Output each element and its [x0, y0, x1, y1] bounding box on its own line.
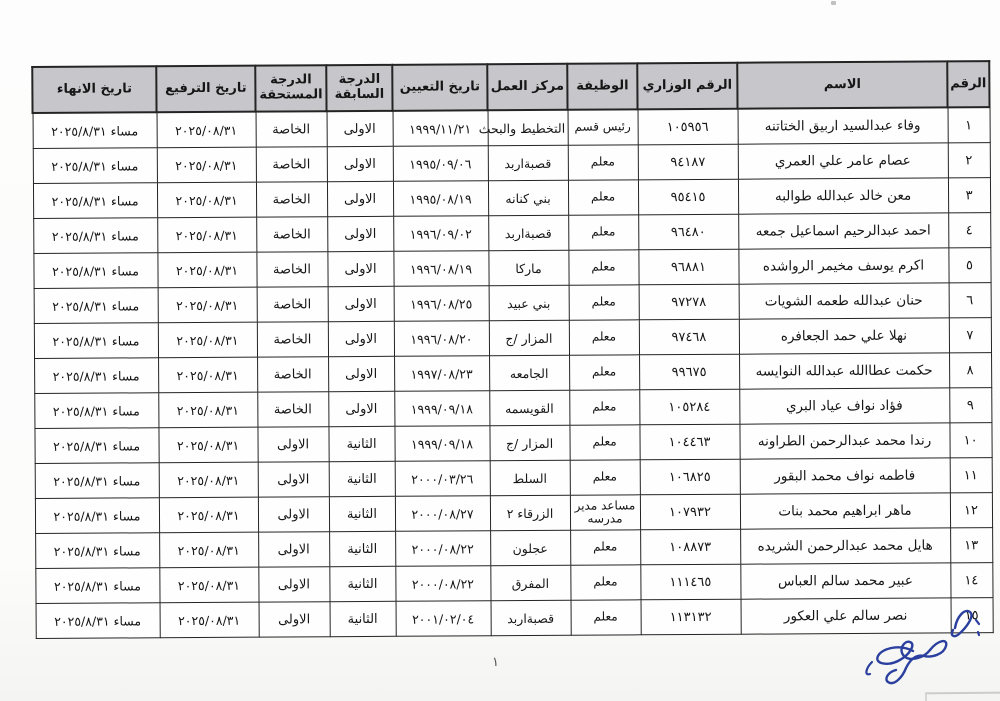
- cell-end_date: مساء ٢٠٢٥/٨/٣١: [33, 183, 157, 219]
- cell-ministry_no: ١٠٥٩٥٦: [638, 109, 738, 145]
- table-row: ٦حنان عبدالله طعمه الشويات٩٧٢٧٨معلمبني ع…: [34, 283, 991, 324]
- cell-prev_grade: الثانية: [329, 531, 395, 566]
- cell-prev_grade: الثانية: [329, 461, 395, 496]
- header-job: الوظيفة: [567, 63, 637, 109]
- cell-name: وفاء عبدالسيد اربيق الختاتنه: [738, 107, 948, 144]
- cell-due_grade: الخاصة: [256, 147, 327, 182]
- cell-num: ٣: [948, 178, 990, 213]
- cell-end_date: مساء ٢٠٢٥/٨/٣١: [34, 358, 158, 394]
- cell-appointment_date: ١٩٩٦/٠٨/٢٠: [394, 321, 489, 357]
- cell-num: ١٤: [950, 563, 992, 598]
- cell-ministry_no: ٩٦٤٨٠: [638, 214, 738, 250]
- cell-due_grade: الخاصة: [257, 322, 328, 357]
- cell-work_center: القويسمه: [489, 390, 569, 425]
- cell-appointment_date: ٢٠٠٠/٠٨/٢٢: [395, 531, 490, 567]
- cell-work_center: بني عبيد: [489, 285, 569, 320]
- cell-appointment_date: ١٩٩٦/٠٩/٠٢: [393, 216, 488, 252]
- cell-promotion_date: ٢٠٢٥/٠٨/٣١: [157, 147, 256, 183]
- cell-job: معلم: [570, 530, 640, 565]
- cell-name: نهلا علي حمد الجعافره: [739, 318, 949, 354]
- header-name: الاسم: [737, 61, 947, 108]
- cell-appointment_date: ٢٠٠٠/٠٨/٢٢: [395, 566, 490, 602]
- scan-artifact: [831, 1, 836, 5]
- table-row: ١٥نصر سالم علي العكور١١٣١٣٢معلمقصبةاربد٢…: [36, 598, 993, 639]
- cell-prev_grade: الاولى: [328, 286, 394, 321]
- cell-appointment_date: ١٩٩٩/١١/٢١: [393, 110, 488, 146]
- table-row: ٧نهلا علي حمد الجعافره٩٧٤٦٨معلمالمزار /ج…: [34, 318, 991, 359]
- table-row: ١وفاء عبدالسيد اربيق الختاتنه١٠٥٩٥٦رئيس …: [33, 107, 990, 148]
- cell-num: ١٣: [950, 528, 992, 563]
- header-work_center: مركز العمل: [487, 64, 567, 110]
- cell-appointment_date: ١٩٩٦/٠٨/١٩: [393, 251, 488, 287]
- cell-name: حكمت عطاالله عبدالله النوايسه: [739, 353, 949, 389]
- cell-end_date: مساء ٢٠٢٥/٨/٣١: [33, 253, 157, 289]
- header-num: الرقم: [947, 61, 989, 107]
- cell-job: معلم: [570, 565, 640, 600]
- cell-promotion_date: ٢٠٢٥/٠٨/٣١: [158, 287, 257, 323]
- cell-ministry_no: ١٠٥٢٨٤: [639, 389, 739, 425]
- cell-job: معلم: [569, 355, 639, 390]
- cell-work_center: بني كنانه: [488, 180, 568, 215]
- cell-due_grade: الخاصة: [256, 217, 327, 252]
- cell-ministry_no: ١١٣١٣٢: [641, 599, 741, 635]
- cell-due_grade: الخاصة: [256, 182, 327, 217]
- cell-promotion_date: ٢٠٢٥/٠٨/٣١: [158, 357, 257, 393]
- cell-name: حنان عبدالله طعمه الشويات: [739, 283, 949, 319]
- cell-promotion_date: ٢٠٢٥/٠٨/٣١: [159, 462, 258, 498]
- cell-work_center: التخطيط والبحث: [488, 110, 568, 146]
- cell-end_date: مساء ٢٠٢٥/٨/٣١: [33, 148, 157, 184]
- cell-work_center: السلط: [490, 460, 570, 495]
- cell-promotion_date: ٢٠٢٥/٠٨/٣١: [159, 532, 258, 568]
- cell-ministry_no: ١١١٤٦٥: [640, 564, 740, 600]
- table-row: ٨حكمت عطاالله عبدالله النوايسه٩٩٦٧٥معلما…: [34, 353, 991, 394]
- scan-artifact-corner: [925, 692, 1000, 701]
- cell-num: ٦: [949, 283, 991, 318]
- header-promotion_date: تاريخ الترفيع: [156, 66, 255, 113]
- cell-num: ٤: [948, 213, 990, 248]
- cell-num: ٩: [949, 388, 991, 423]
- cell-end_date: مساء ٢٠٢٥/٨/٣١: [34, 288, 158, 324]
- promotion-table-container: الرقمالاسمالرقم الوزاريالوظيفةمركز العمل…: [33, 60, 993, 639]
- cell-work_center: ماركا: [488, 250, 568, 285]
- cell-due_grade: الاولى: [258, 567, 329, 602]
- header-end_date: تاريخ الانهاء: [32, 66, 156, 113]
- cell-prev_grade: الاولى: [328, 321, 394, 356]
- header-due_grade: الدرجة المستحقة: [255, 65, 326, 111]
- cell-due_grade: الاولى: [258, 462, 329, 497]
- cell-ministry_no: ١٠٤٤٦٣: [639, 424, 739, 460]
- table-row: ١٠رندا محمد عبدالرحمن الطراونه١٠٤٤٦٣معلم…: [34, 423, 991, 464]
- cell-name: فؤاد نواف عياد البري: [739, 388, 949, 424]
- cell-end_date: مساء ٢٠٢٥/٨/٣١: [35, 533, 159, 569]
- cell-appointment_date: ٢٠٠١/٠٢/٠٤: [396, 601, 491, 637]
- cell-work_center: عجلون: [490, 530, 570, 565]
- cell-job: معلم: [569, 425, 639, 460]
- cell-prev_grade: الاولى: [328, 356, 394, 391]
- cell-job: معلم: [569, 285, 639, 320]
- table-row: ١٢ماهر ابراهيم محمد بنات١٠٧٩٣٢مساعد مدير…: [35, 493, 992, 534]
- cell-num: ١: [948, 107, 990, 143]
- cell-work_center: الزرقاء ٢: [490, 495, 570, 530]
- cell-due_grade: الاولى: [257, 427, 328, 462]
- cell-name: رندا محمد عبدالرحمن الطراونه: [739, 423, 949, 459]
- cell-num: ١٢: [950, 493, 992, 528]
- cell-ministry_no: ٩٧٢٧٨: [639, 284, 739, 320]
- cell-num: ٢: [948, 143, 990, 178]
- cell-due_grade: الخاصة: [256, 252, 327, 287]
- table-row: ٩فؤاد نواف عياد البري١٠٥٢٨٤معلمالقويسمه١…: [34, 388, 991, 429]
- cell-appointment_date: ١٩٩٩/٠٩/١٨: [394, 391, 489, 427]
- cell-ministry_no: ١٠٧٩٣٢: [640, 494, 740, 530]
- cell-ministry_no: ٩٩٦٧٥: [639, 354, 739, 390]
- cell-ministry_no: ٩٥٤١٥: [638, 179, 738, 215]
- cell-name: احمد عبدالرحيم اسماعيل جمعه: [738, 213, 948, 249]
- cell-promotion_date: ٢٠٢٥/٠٨/٣١: [157, 112, 256, 148]
- header-appointment_date: تاريخ التعيين: [392, 64, 487, 111]
- cell-job: معلم: [568, 145, 638, 180]
- cell-prev_grade: الاولى: [328, 391, 394, 426]
- cell-promotion_date: ٢٠٢٥/٠٨/٣١: [157, 252, 256, 288]
- signature-scribble: [858, 606, 993, 696]
- cell-promotion_date: ٢٠٢٥/٠٨/٣١: [158, 322, 257, 358]
- cell-name: هايل محمد عبدالرحمن الشريده: [740, 528, 950, 564]
- cell-end_date: مساء ٢٠٢٥/٨/٣١: [35, 498, 159, 534]
- header-row: الرقمالاسمالرقم الوزاريالوظيفةمركز العمل…: [32, 61, 989, 113]
- cell-end_date: مساء ٢٠٢٥/٨/٣١: [33, 112, 157, 148]
- cell-ministry_no: ٩٧٤٦٨: [639, 319, 739, 355]
- cell-job: رئيس قسم: [568, 109, 638, 145]
- cell-appointment_date: ٢٠٠٠/٠٣/٢٦: [395, 461, 490, 497]
- cell-appointment_date: ٢٠٠٠/٠٨/٢٧: [395, 496, 490, 532]
- table-row: ١٣هايل محمد عبدالرحمن الشريده١٠٨٨٧٣معلمع…: [35, 528, 992, 569]
- cell-name: اكرم يوسف مخيمر الرواشده: [738, 248, 948, 284]
- table-row: ٥اكرم يوسف مخيمر الرواشده٩٦٨٨١معلمماركا١…: [33, 248, 990, 289]
- cell-num: ٥: [948, 248, 990, 283]
- cell-end_date: مساء ٢٠٢٥/٨/٣١: [36, 603, 160, 639]
- cell-ministry_no: ٩٤١٨٧: [638, 144, 738, 180]
- cell-end_date: مساء ٢٠٢٥/٨/٣١: [33, 218, 157, 254]
- cell-promotion_date: ٢٠٢٥/٠٨/٣١: [159, 497, 258, 533]
- cell-appointment_date: ١٩٩٧/٠٨/٢٣: [394, 356, 489, 392]
- cell-prev_grade: الاولى: [327, 146, 393, 181]
- table-row: ٤احمد عبدالرحيم اسماعيل جمعه٩٦٤٨٠معلمقصب…: [33, 213, 990, 254]
- table-row: ٢عصام عامر علي العمري٩٤١٨٧معلمقصبةاربد١٩…: [33, 143, 990, 184]
- cell-job: معلم: [568, 180, 638, 215]
- cell-end_date: مساء ٢٠٢٥/٨/٣١: [35, 463, 159, 499]
- cell-end_date: مساء ٢٠٢٥/٨/٣١: [35, 568, 159, 604]
- header-prev_grade: الدرجة السابقة: [326, 65, 392, 111]
- cell-job: معلم: [569, 390, 639, 425]
- cell-prev_grade: الثانية: [328, 426, 394, 461]
- cell-promotion_date: ٢٠٢٥/٠٨/٣١: [158, 392, 257, 428]
- table-body: ١وفاء عبدالسيد اربيق الختاتنه١٠٥٩٥٦رئيس …: [33, 107, 993, 638]
- cell-appointment_date: ١٩٩٦/٠٨/٢٥: [394, 286, 489, 322]
- table-row: ١٤عبير محمد سالم العباس١١١٤٦٥معلمالمفرق٢…: [35, 563, 992, 604]
- cell-appointment_date: ١٩٩٥/٠٨/١٩: [393, 181, 488, 217]
- cell-name: عصام عامر علي العمري: [738, 143, 948, 179]
- cell-promotion_date: ٢٠٢٥/٠٨/٣١: [160, 602, 259, 638]
- cell-work_center: الجامعه: [489, 355, 569, 390]
- cell-due_grade: الاولى: [258, 532, 329, 567]
- table-header: الرقمالاسمالرقم الوزاريالوظيفةمركز العمل…: [32, 61, 989, 113]
- cell-ministry_no: ١٠٦٨٢٥: [640, 459, 740, 495]
- cell-job: معلم: [571, 600, 641, 635]
- cell-job: معلم: [568, 215, 638, 250]
- cell-prev_grade: الثانية: [329, 496, 395, 531]
- cell-due_grade: الاولى: [259, 602, 330, 637]
- cell-num: ٨: [949, 353, 991, 388]
- cell-promotion_date: ٢٠٢٥/٠٨/٣١: [158, 427, 257, 463]
- cell-due_grade: الخاصة: [257, 357, 328, 392]
- scanned-document-page: الرقمالاسمالرقم الوزاريالوظيفةمركز العمل…: [0, 0, 1000, 701]
- cell-prev_grade: الثانية: [330, 601, 396, 636]
- promotions-table: الرقمالاسمالرقم الوزاريالوظيفةمركز العمل…: [31, 60, 993, 639]
- cell-name: عبير محمد سالم العباس: [740, 563, 950, 599]
- cell-due_grade: الخاصة: [257, 287, 328, 322]
- cell-promotion_date: ٢٠٢٥/٠٨/٣١: [157, 217, 256, 253]
- cell-work_center: المفرق: [490, 565, 570, 600]
- cell-end_date: مساء ٢٠٢٥/٨/٣١: [34, 323, 158, 359]
- cell-work_center: المزار /ج: [489, 425, 569, 460]
- cell-job: معلم: [568, 250, 638, 285]
- cell-prev_grade: الاولى: [327, 111, 393, 147]
- cell-num: ٧: [949, 318, 991, 353]
- header-ministry_no: الرقم الوزاري: [637, 63, 737, 110]
- cell-appointment_date: ١٩٩٥/٠٩/٠٦: [393, 146, 488, 182]
- page-number: ١: [492, 655, 499, 670]
- cell-work_center: قصبةاربد: [488, 145, 568, 180]
- cell-prev_grade: الاولى: [327, 251, 393, 286]
- cell-work_center: قصبةاربد: [491, 600, 571, 635]
- cell-promotion_date: ٢٠٢٥/٠٨/٣١: [159, 567, 258, 603]
- cell-job: معلم: [570, 460, 640, 495]
- cell-appointment_date: ١٩٩٩/٠٩/١٨: [394, 426, 489, 462]
- cell-prev_grade: الثانية: [329, 566, 395, 601]
- cell-due_grade: الخاصة: [257, 392, 328, 427]
- cell-due_grade: الخاصة: [256, 111, 327, 147]
- cell-num: ١٠: [949, 423, 991, 458]
- cell-ministry_no: ٩٦٨٨١: [638, 249, 738, 285]
- cell-work_center: المزار /ج: [489, 320, 569, 355]
- cell-promotion_date: ٢٠٢٥/٠٨/٣١: [157, 182, 256, 218]
- cell-due_grade: الاولى: [258, 497, 329, 532]
- cell-job: مساعد مدير مدرسه: [570, 495, 640, 530]
- cell-num: ١١: [950, 458, 992, 493]
- cell-job: معلم: [569, 320, 639, 355]
- table-row: ٣معن خالد عبدالله طوالبه٩٥٤١٥معلمبني كنا…: [33, 178, 990, 219]
- cell-name: ماهر ابراهيم محمد بنات: [740, 493, 950, 529]
- cell-work_center: قصبةاربد: [488, 215, 568, 250]
- cell-end_date: مساء ٢٠٢٥/٨/٣١: [34, 428, 158, 464]
- cell-name: معن خالد عبدالله طوالبه: [738, 178, 948, 214]
- cell-end_date: مساء ٢٠٢٥/٨/٣١: [34, 393, 158, 429]
- cell-prev_grade: الاولى: [327, 216, 393, 251]
- table-row: ١١فاطمه نواف محمد البقور١٠٦٨٢٥معلمالسلط٢…: [35, 458, 992, 499]
- cell-ministry_no: ١٠٨٨٧٣: [640, 529, 740, 565]
- cell-name: فاطمه نواف محمد البقور: [740, 458, 950, 494]
- cell-prev_grade: الاولى: [327, 181, 393, 216]
